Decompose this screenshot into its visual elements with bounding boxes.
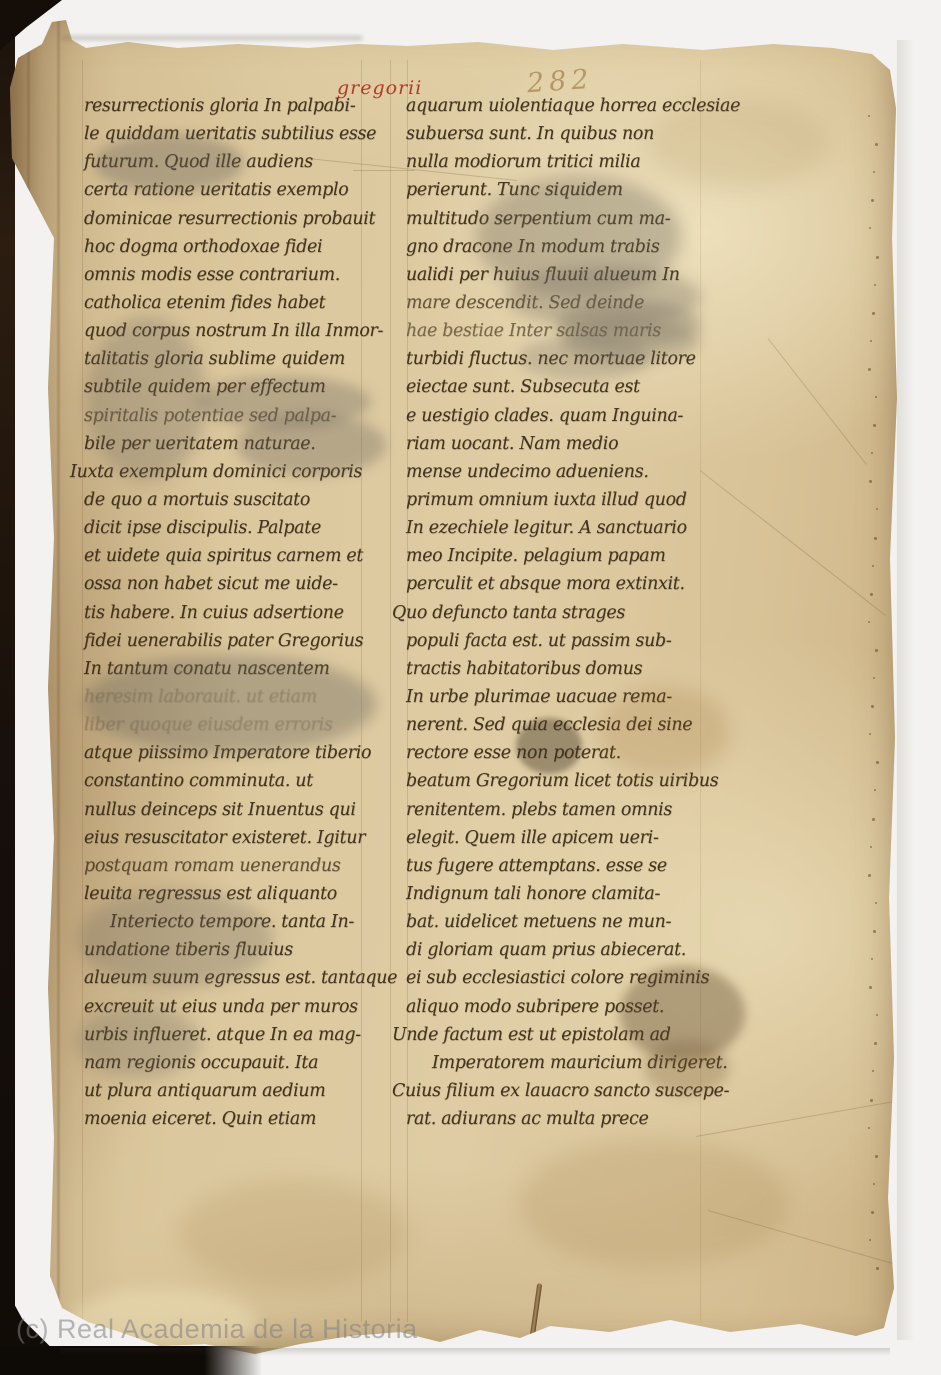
parchment-stain (236, 414, 386, 476)
parchment-stain (94, 134, 244, 192)
manuscript-text-line: Indignum tali honore clamita- (406, 884, 706, 912)
prick-mark (873, 930, 876, 933)
manuscript-text-line: e uestigio clades. quam Inguina- (406, 406, 706, 434)
manuscript-text-line: bat. uidelicet metuens ne mun- (406, 912, 706, 940)
prick-mark (876, 1014, 878, 1016)
prick-mark (876, 761, 879, 764)
page-drop-shadow (897, 40, 915, 1340)
manuscript-text-line: ossa non habet sicut me uide- (84, 574, 380, 602)
prick-mark (875, 143, 878, 146)
prick-mark (875, 649, 878, 652)
bookmark-stick (525, 1283, 542, 1373)
manuscript-text-line: nullus deinceps sit Inuentus qui (84, 800, 380, 828)
manuscript-text-line: postquam romam uenerandus (84, 856, 380, 884)
manuscript-text-line: elegit. Quem ille apicem ueri- (406, 828, 706, 856)
prick-mark (875, 396, 877, 398)
manuscript-text-line: rat. adiurans ac multa prece (406, 1109, 706, 1137)
prick-mark (874, 537, 877, 540)
manuscript-text-line: meo Incipite. pelagium papam (406, 546, 706, 574)
prick-mark (871, 452, 873, 454)
parchment-stain (518, 336, 650, 380)
ruling-line (390, 60, 391, 1322)
prick-mark (874, 789, 876, 791)
white-card-shadow (62, 36, 362, 40)
manuscript-text-line: populi facta est. ut passim sub- (406, 631, 706, 659)
parchment-stain (598, 686, 730, 778)
manuscript-text-line: de quo a mortuis suscitato (84, 490, 380, 518)
prick-mark (871, 958, 873, 960)
prick-mark (868, 368, 871, 371)
prick-mark (873, 424, 876, 427)
manuscript-text-line: tis habere. In cuius adsertione (84, 603, 380, 631)
prick-mark (870, 593, 873, 596)
prick-mark (872, 818, 875, 821)
prick-mark (873, 677, 875, 679)
prick-mark (869, 1239, 871, 1241)
prick-mark (869, 986, 872, 989)
parchment-stain (518, 1138, 788, 1268)
prick-mark (876, 1267, 879, 1270)
parchment-stain (84, 654, 376, 754)
parchment-stain (76, 1006, 201, 1078)
prick-mark (871, 1211, 874, 1214)
ruling-line (82, 60, 83, 1322)
manuscript-text-line: di gloriam quam prius abiecerat. (406, 940, 706, 968)
manuscript-text-line: eius resuscitator existeret. Igitur (84, 828, 380, 856)
manuscript-text-line: In ezechiele legitur. A sanctuario (406, 518, 706, 546)
watermark: (c) Real Academia de la Historia (16, 1314, 418, 1345)
prick-mark (870, 340, 872, 342)
page-drop-shadow (60, 1348, 890, 1356)
gutter-crease-line (26, 18, 31, 1358)
prick-mark (876, 256, 879, 259)
manuscript-text-line: omnis modis esse contrarium. (84, 265, 380, 293)
prick-mark (872, 565, 874, 567)
manuscript-text-line: hoc dogma orthodoxae fidei (84, 237, 380, 265)
prick-mark (868, 621, 870, 623)
crease-line (768, 338, 867, 465)
prick-mark (871, 199, 874, 202)
prick-mark (876, 508, 878, 510)
prick-mark (870, 1099, 873, 1102)
prick-mark (874, 284, 876, 286)
prick-mark (872, 312, 875, 315)
prick-mark (874, 1042, 877, 1045)
manuscript-text-line: mense undecimo adueniens. (406, 462, 706, 490)
parchment-stain (516, 718, 582, 774)
prick-mark (873, 1183, 875, 1185)
prick-mark (869, 227, 871, 229)
prick-mark (869, 480, 872, 483)
prick-mark (870, 846, 872, 848)
manuscript-text-line: constantino comminuta. ut (84, 771, 380, 799)
gutter-crease-line (56, 18, 61, 1358)
manuscript-text-line: et uidete quia spiritus carnem et (84, 546, 380, 574)
parchment-stain (78, 890, 273, 988)
manuscript-text-line: perculit et absque mora extinxit. (406, 574, 706, 602)
manuscript-text-line: dicit ipse discipulis. Palpate (84, 518, 380, 546)
prick-mark (868, 1127, 870, 1129)
parchment-stain (178, 1178, 408, 1288)
prick-mark (868, 115, 870, 117)
manuscript-text-line: dominicae resurrectionis probauit (84, 209, 380, 237)
prick-mark (871, 705, 874, 708)
manuscript-text-line: resurrectionis gloria In palpabi- (84, 96, 380, 124)
book-binding-edge (0, 0, 15, 1352)
prick-mark (873, 171, 875, 173)
prick-mark (868, 874, 871, 877)
prick-mark (869, 733, 871, 735)
manuscript-text-line: moenia eiceret. Quin etiam (84, 1109, 380, 1137)
manuscript-text-line: riam uocant. Nam medio (406, 434, 706, 462)
folio-number: 282 (526, 64, 595, 100)
prick-mark (872, 1070, 874, 1072)
photo-backdrop: gregorii 282 resurrectionis gloria In pa… (0, 0, 941, 1375)
manuscript-text-line: ut plura antiquarum aedium (84, 1081, 380, 1109)
manuscript-text-line: Quo defuncto tanta strages (392, 603, 706, 631)
manuscript-text-line: eiectae sunt. Subsecuta est (406, 377, 706, 405)
manuscript-page: gregorii 282 resurrectionis gloria In pa… (8, 18, 900, 1358)
manuscript-text-line: tus fugere attemptans. esse se (406, 856, 706, 884)
prick-mark (875, 902, 877, 904)
parchment-stain (86, 316, 206, 481)
parchment-stain (644, 1040, 729, 1095)
manuscript-text-line: tractis habitatoribus domus (406, 659, 706, 687)
manuscript-text-line: renitentem. plebs tamen omnis (406, 800, 706, 828)
crease-line (700, 470, 886, 615)
manuscript-text-line: catholica etenim fides habet (84, 293, 380, 321)
prick-mark (875, 1155, 878, 1158)
parchment-stain (648, 98, 828, 188)
manuscript-text-line: primum omnium iuxta illud quod (406, 490, 706, 518)
